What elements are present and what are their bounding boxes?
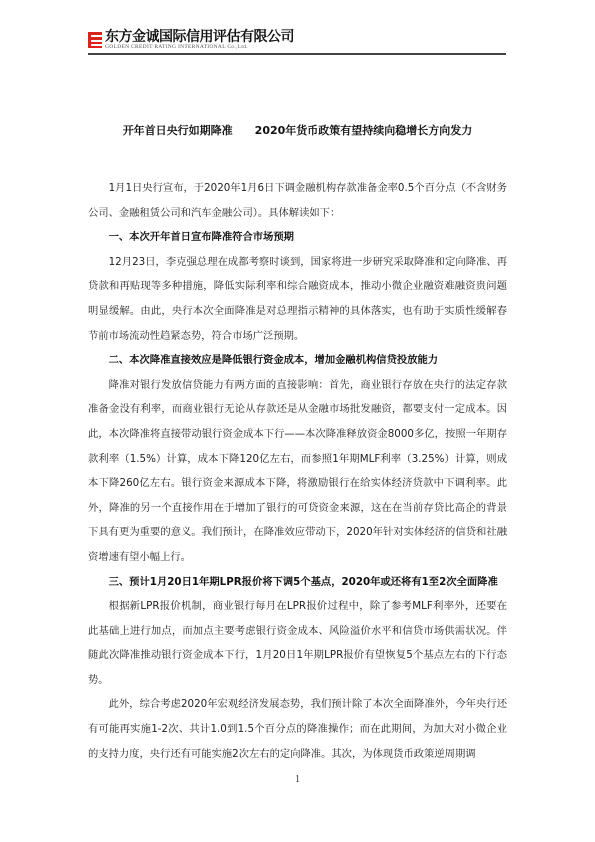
paragraph-section-1: 12月23日，李克强总理在成都考察时谈到，国家将进一步研究采取降准和定向降准、再…	[88, 250, 507, 348]
section-heading-3: 三、预计1月20日1年期LPR报价将下调5个基点，2020年或还将有1至2次全面…	[88, 570, 507, 595]
company-logo-icon	[88, 32, 102, 48]
paragraph-section-2: 降准对银行发放信贷能力有两方面的直接影响：首先，商业银行存放在央行的法定存款准备…	[88, 373, 507, 570]
header-divider	[88, 53, 506, 55]
company-name-cn: 东方金诚国际信用评估有限公司	[105, 30, 294, 45]
company-name-en: GOLDEN CREDIT RATING INTERNATIONAL Co.,L…	[105, 44, 248, 50]
section-heading-2: 二、本次降准直接效应是降低银行资金成本，增加金融机构信贷投放能力	[88, 348, 507, 373]
document-body: 1月1日央行宣布，于2020年1月6日下调金融机构存款准备金率0.5个百分点（不…	[88, 176, 507, 766]
section-heading-1: 一、本次开年首日宣布降准符合市场预期	[88, 225, 507, 250]
page-number: 1	[0, 774, 595, 785]
paragraph-intro: 1月1日央行宣布，于2020年1月6日下调金融机构存款准备金率0.5个百分点（不…	[88, 176, 507, 225]
paragraph-section-3b: 此外，综合考虑2020年宏观经济发展态势，我们预计除了本次全面降准外，今年央行还…	[88, 692, 507, 766]
document-title: 开年首日央行如期降准 2020年货币政策有望持续向稳增长方向发力	[88, 122, 507, 138]
paragraph-section-3a: 根据新LPR报价机制，商业银行每月在LPR报价过程中，除了参考MLF利率外，还要…	[88, 594, 507, 692]
